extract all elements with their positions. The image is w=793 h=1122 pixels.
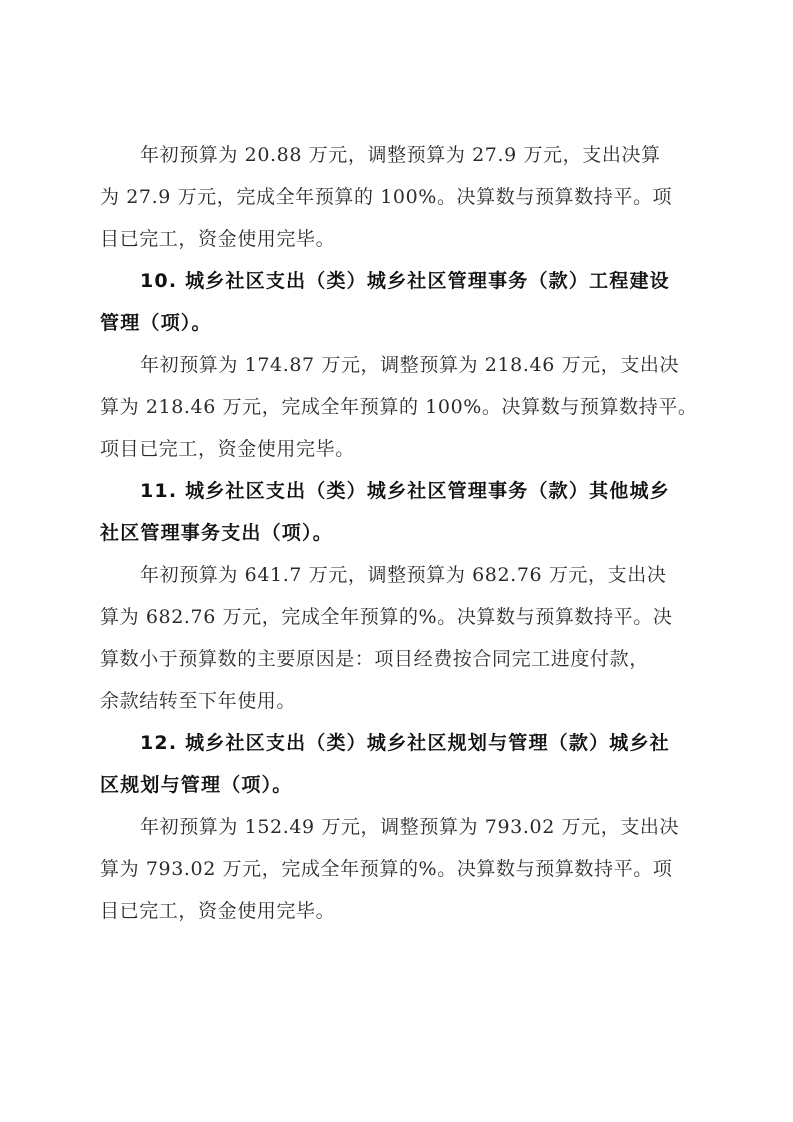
section-heading-10-cont: 管理（项）。 xyxy=(100,302,700,344)
paragraph-line: 算为 793.02 万元，完成全年预算的%。决算数与预算数持平。项 xyxy=(100,848,700,890)
section-heading-12: 12. 城乡社区支出（类）城乡社区规划与管理（款）城乡社 xyxy=(140,722,740,764)
document-page: 年初预算为 20.88 万元，调整预算为 27.9 万元，支出决算 为 27.9… xyxy=(0,0,793,1122)
section-heading-10: 10. 城乡社区支出（类）城乡社区管理事务（款）工程建设 xyxy=(140,260,740,302)
section-heading-12-cont: 区规划与管理（项）。 xyxy=(100,764,700,806)
paragraph-line: 目已完工，资金使用完毕。 xyxy=(100,218,700,260)
section-heading-11: 11. 城乡社区支出（类）城乡社区管理事务（款）其他城乡 xyxy=(140,470,740,512)
paragraph-line: 余款结转至下年使用。 xyxy=(100,680,700,722)
paragraph-line: 算为 218.46 万元，完成全年预算的 100%。决算数与预算数持平。 xyxy=(100,386,700,428)
paragraph-line: 项目已完工，资金使用完毕。 xyxy=(100,428,700,470)
paragraph-line: 年初预算为 174.87 万元，调整预算为 218.46 万元，支出决 xyxy=(140,344,740,386)
paragraph-line: 算数小于预算数的主要原因是：项目经费按合同完工进度付款， xyxy=(100,638,700,680)
paragraph-line: 为 27.9 万元，完成全年预算的 100%。决算数与预算数持平。项 xyxy=(100,176,700,218)
paragraph-line: 年初预算为 641.7 万元，调整预算为 682.76 万元，支出决 xyxy=(140,554,740,596)
section-heading-11-cont: 社区管理事务支出（项）。 xyxy=(100,512,700,554)
paragraph-line: 目已完工，资金使用完毕。 xyxy=(100,890,700,932)
paragraph-line: 算为 682.76 万元，完成全年预算的%。决算数与预算数持平。决 xyxy=(100,596,700,638)
paragraph-line: 年初预算为 152.49 万元，调整预算为 793.02 万元，支出决 xyxy=(140,806,740,848)
paragraph-line: 年初预算为 20.88 万元，调整预算为 27.9 万元，支出决算 xyxy=(140,134,740,176)
